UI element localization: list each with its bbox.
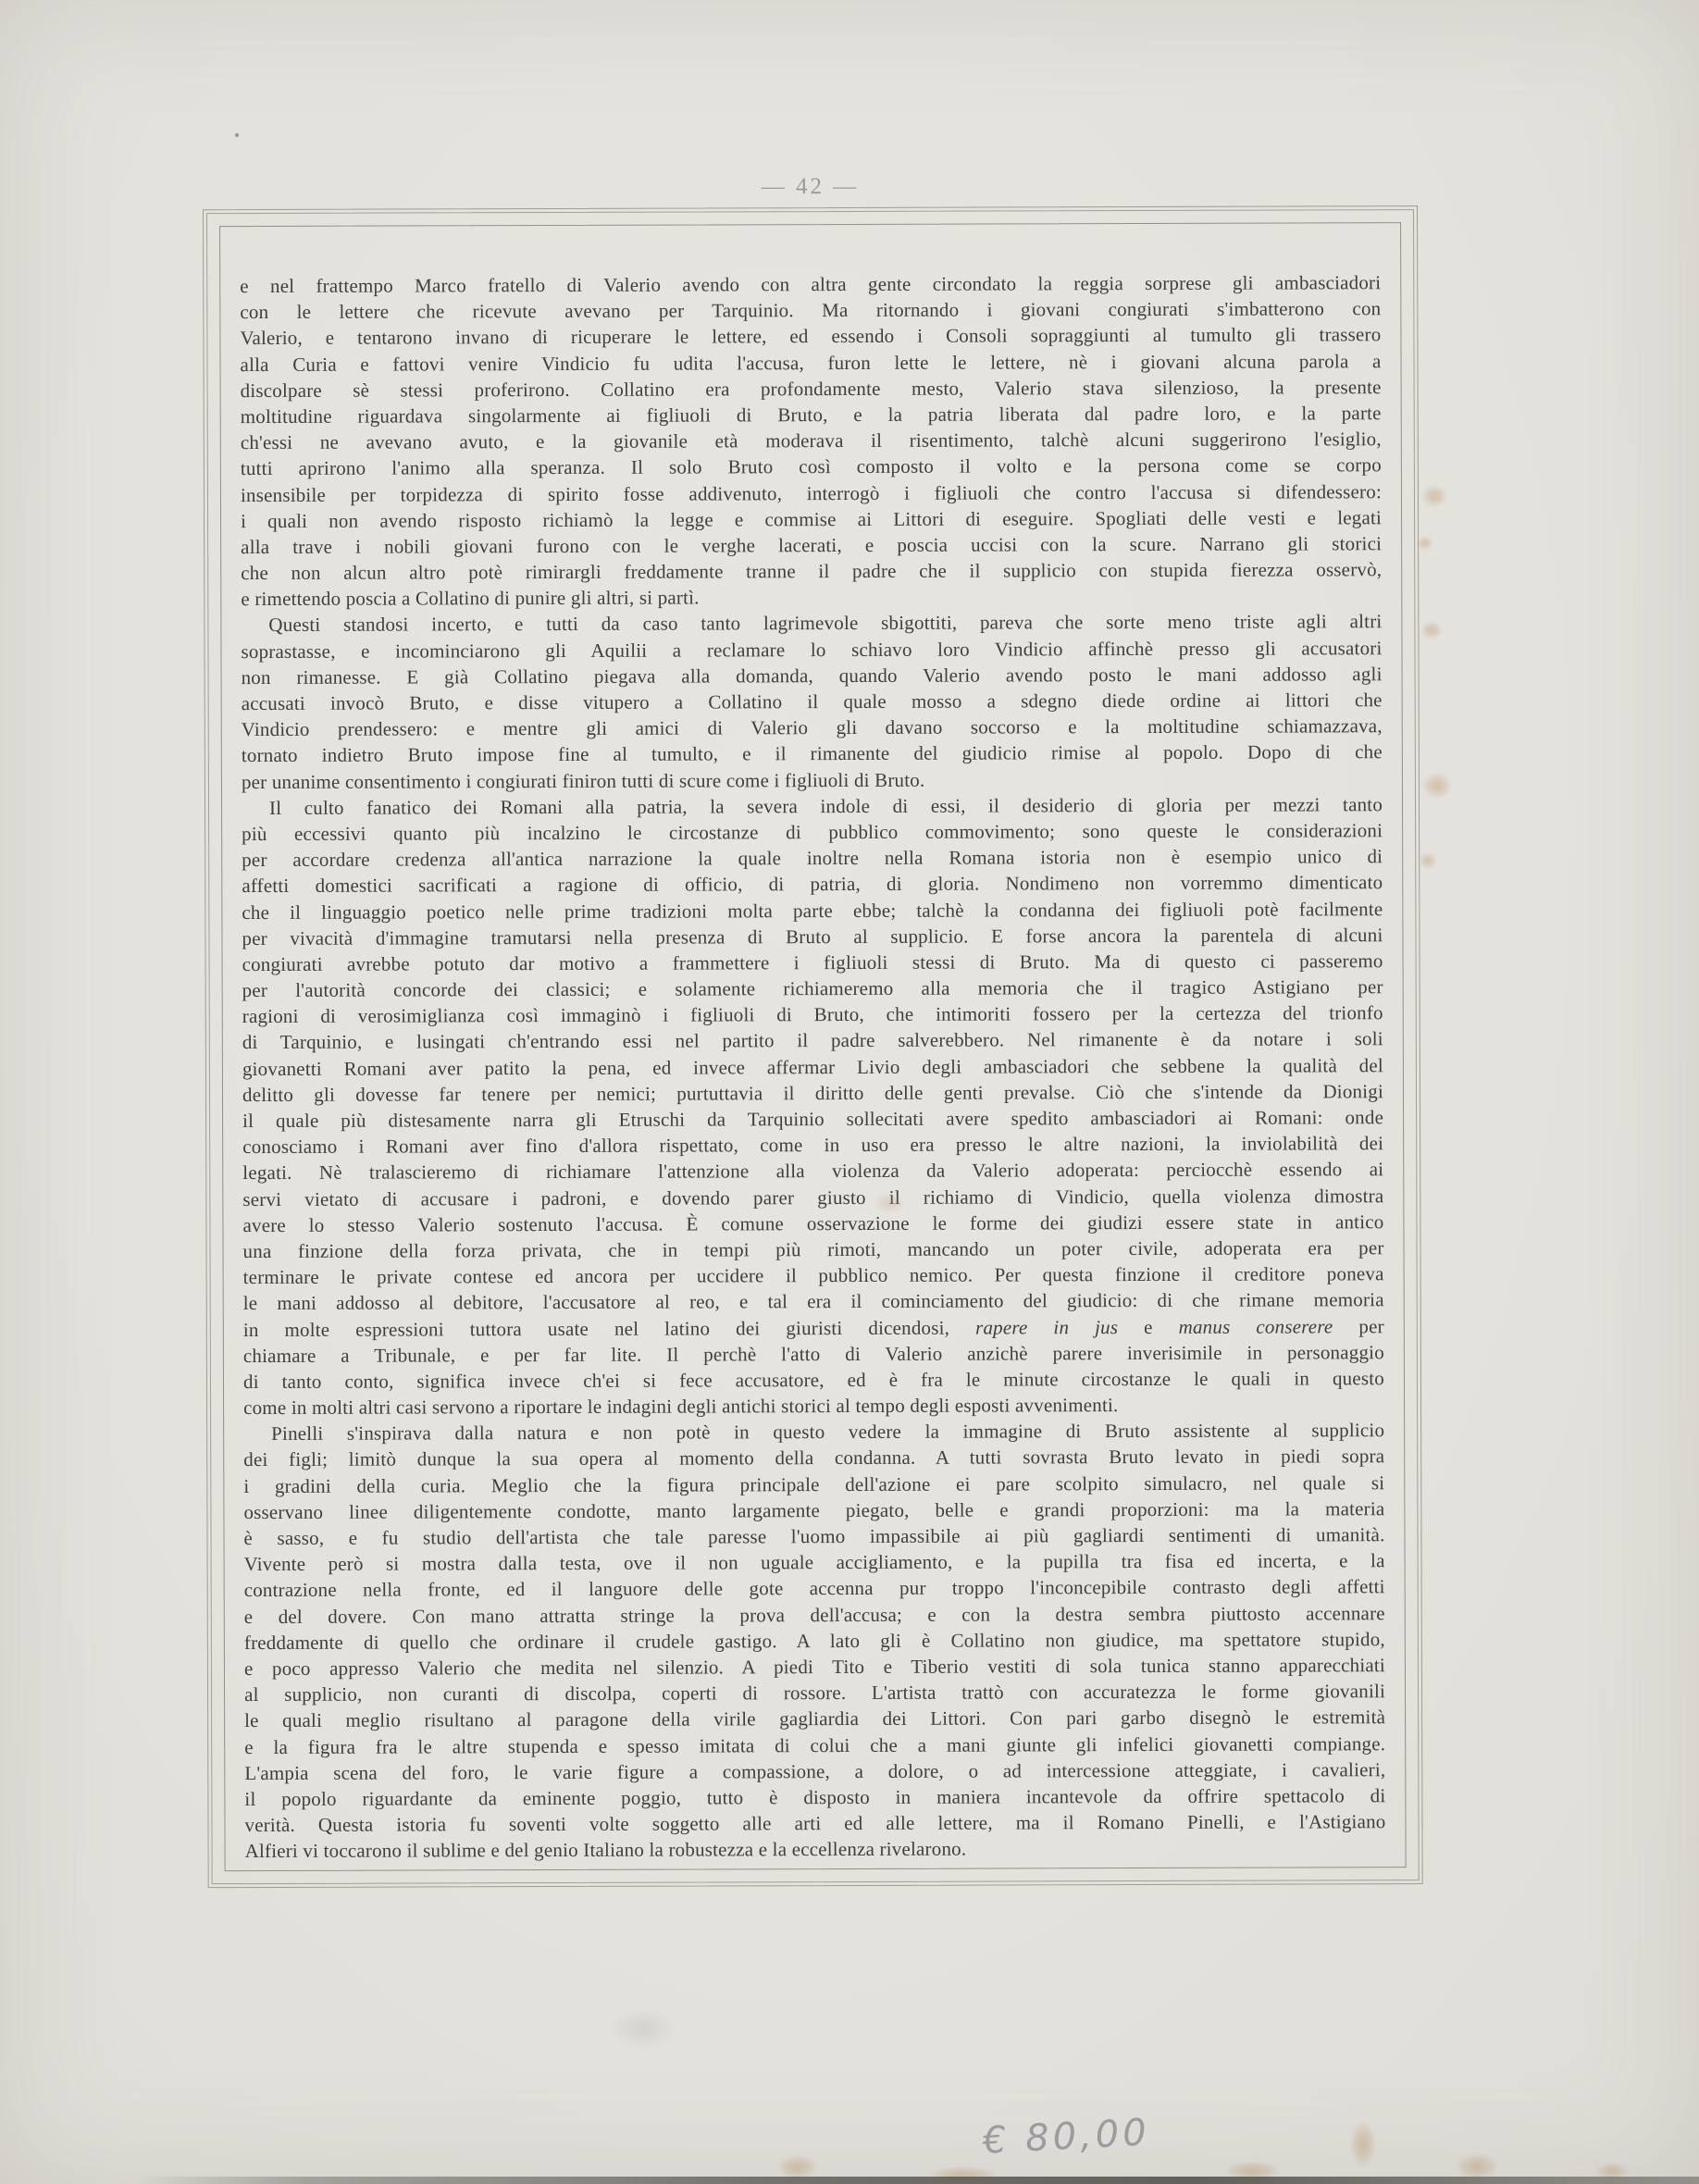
text-line: e del dovere. Con mano attratta stringe … <box>244 1600 1385 1630</box>
text-line: delitto gli dovesse far tenere per nemic… <box>242 1078 1383 1108</box>
text-line: con le lettere che ricevute avevano per … <box>240 295 1381 325</box>
paragraph: Il culto fanatico dei Romani alla patria… <box>242 791 1384 1421</box>
text-line: in molte espressioni tuttora usate nel l… <box>243 1313 1384 1343</box>
text-line: Vindicio prendessero: e mentre gli amici… <box>242 713 1383 742</box>
text-line: che non alcun altro potè rimirargli fred… <box>241 556 1382 586</box>
page-border-frame-inner: e nel frattempo Marco fratello di Valeri… <box>219 222 1407 1871</box>
text-line: per unanime consentimento i congiurati f… <box>242 765 1383 795</box>
page-border-frame-middle: e nel frattempo Marco fratello di Valeri… <box>206 209 1420 1884</box>
text-line: L'ampia scena del foro, le varie figure … <box>244 1756 1385 1786</box>
text-line: alla trave i nobili giovani furono con l… <box>241 530 1382 560</box>
text-line: discolpare sè stessi proferirono. Collat… <box>241 374 1382 403</box>
text-line: legati. Nè tralascieremo di richiamare l… <box>242 1157 1383 1186</box>
printed-area: — 42 — e nel frattempo Marco fratello di… <box>0 0 1699 2184</box>
text-line: i quali non avendo risposto richiamò la … <box>241 504 1382 534</box>
text-line: insensibile per torpidezza di spirito fo… <box>241 478 1382 508</box>
text-line: come in molti altri casi servono a ripor… <box>243 1391 1384 1421</box>
text-line: Pinelli s'inspirava dalla natura e non p… <box>243 1417 1384 1446</box>
text-line: al supplicio, non curanti di discolpa, c… <box>244 1678 1385 1707</box>
text-line: e nel frattempo Marco fratello di Valeri… <box>240 269 1381 299</box>
text-line: non rimanesse. E già Collatino piegava a… <box>242 661 1383 690</box>
text-line: servi vietato di accusare i padroni, e d… <box>242 1183 1383 1212</box>
text-line: alla Curia e fattovi venire Vindicio fu … <box>240 348 1381 378</box>
text-line: contrazione nella fronte, ed il languore… <box>244 1574 1385 1604</box>
text-line: ragioni di verosimiglianza così immaginò… <box>242 999 1383 1029</box>
paragraph: Pinelli s'inspirava dalla natura e non p… <box>243 1417 1385 1864</box>
text-line: il quale più distesamente narra gli Etru… <box>242 1104 1383 1134</box>
text-line: conosciamo i Romani aver fino d'allora r… <box>242 1130 1383 1160</box>
text-line: giovanetti Romani aver patito la pena, e… <box>242 1052 1383 1082</box>
text-line: tornato indietro Bruto impose fine al tu… <box>242 739 1383 769</box>
text-line: soprastasse, e incominciarono gli Aquili… <box>241 635 1382 664</box>
text-line: tutti aprirono l'animo alla speranza. Il… <box>241 453 1382 482</box>
text-line: e poco appresso Valerio che medita nel s… <box>244 1652 1385 1681</box>
text-line: terminare le private contese ed ancora p… <box>243 1260 1384 1290</box>
text-line: ch'essi ne avevano avuto, e la giovanile… <box>241 426 1382 455</box>
text-line: avere lo stesso Valerio sostenuto l'accu… <box>242 1209 1383 1238</box>
paragraph: Questi standosi incerto, e tutti da caso… <box>241 609 1383 795</box>
text-line: che il linguaggio poetico nelle prime tr… <box>242 896 1383 925</box>
text-line: il popolo riguardante da eminente poggio… <box>244 1782 1385 1812</box>
paragraph: e nel frattempo Marco fratello di Valeri… <box>240 269 1382 612</box>
text-line: i gradini della curia. Meglio che la fig… <box>243 1470 1384 1499</box>
text-line: per l'autorità concorde dei classici; e … <box>242 974 1383 1003</box>
text-block: e nel frattempo Marco fratello di Valeri… <box>220 223 1406 1870</box>
text-line: per accordare credenza all'antica narraz… <box>242 843 1383 873</box>
text-line: di Tarquinio, e lusingati ch'entrando es… <box>242 1026 1383 1056</box>
text-line: osservano linee diligentemente condotte,… <box>243 1495 1384 1525</box>
text-line: una finzione della forza privata, che in… <box>242 1235 1383 1264</box>
text-line: chiamare a Tribunale, e per far lite. Il… <box>243 1339 1384 1369</box>
page-number: — 42 — <box>203 172 1418 202</box>
scanned-book-page: — 42 — e nel frattempo Marco fratello di… <box>0 0 1699 2184</box>
text-line: congiurati avrebbe potuto dar motivo a f… <box>242 948 1383 977</box>
text-line: e rimettendo poscia a Collatino di punir… <box>241 582 1382 612</box>
text-line: le quali meglio risultano al paragone de… <box>244 1704 1385 1733</box>
text-line: moltitudine riguardava singolarmente ai … <box>241 400 1382 429</box>
page-border-frame: e nel frattempo Marco fratello di Valeri… <box>203 205 1423 1888</box>
text-line: Valerio, e tentarono invano di ricuperar… <box>240 322 1381 352</box>
text-line: di tanto conto, significa invece ch'ei s… <box>243 1365 1384 1395</box>
text-line: Il culto fanatico dei Romani alla patria… <box>242 791 1383 821</box>
price-annotation: € 80,00 <box>982 2111 1151 2162</box>
text-line: Questi standosi incerto, e tutti da caso… <box>241 609 1382 639</box>
text-line: per vivacità d'immagine tramutarsi nella… <box>242 922 1383 951</box>
text-line: più eccessivi quanto più incalzino le ci… <box>242 817 1383 847</box>
text-line: accusati invocò Bruto, e disse vitupero … <box>242 687 1383 716</box>
text-line: dei figli; limitò dunque la sua opera al… <box>243 1444 1384 1473</box>
text-line: Vivente però si mostra dalla testa, ove … <box>244 1547 1385 1577</box>
text-line: Alfieri vi toccarono il sublime e del ge… <box>245 1834 1386 1864</box>
text-line: e la figura fra le altre stupenda e spes… <box>244 1731 1385 1760</box>
text-line: le mani addosso al debitore, l'accusator… <box>243 1286 1384 1316</box>
text-line: verità. Questa istoria fu soventi volte … <box>244 1808 1385 1838</box>
text-line: affetti domestici sacrificati a ragione … <box>242 870 1383 900</box>
text-line: è sasso, e fu studio dell'artista che ta… <box>243 1521 1384 1551</box>
text-line: freddamente di quello che ordinare il cr… <box>244 1626 1385 1656</box>
